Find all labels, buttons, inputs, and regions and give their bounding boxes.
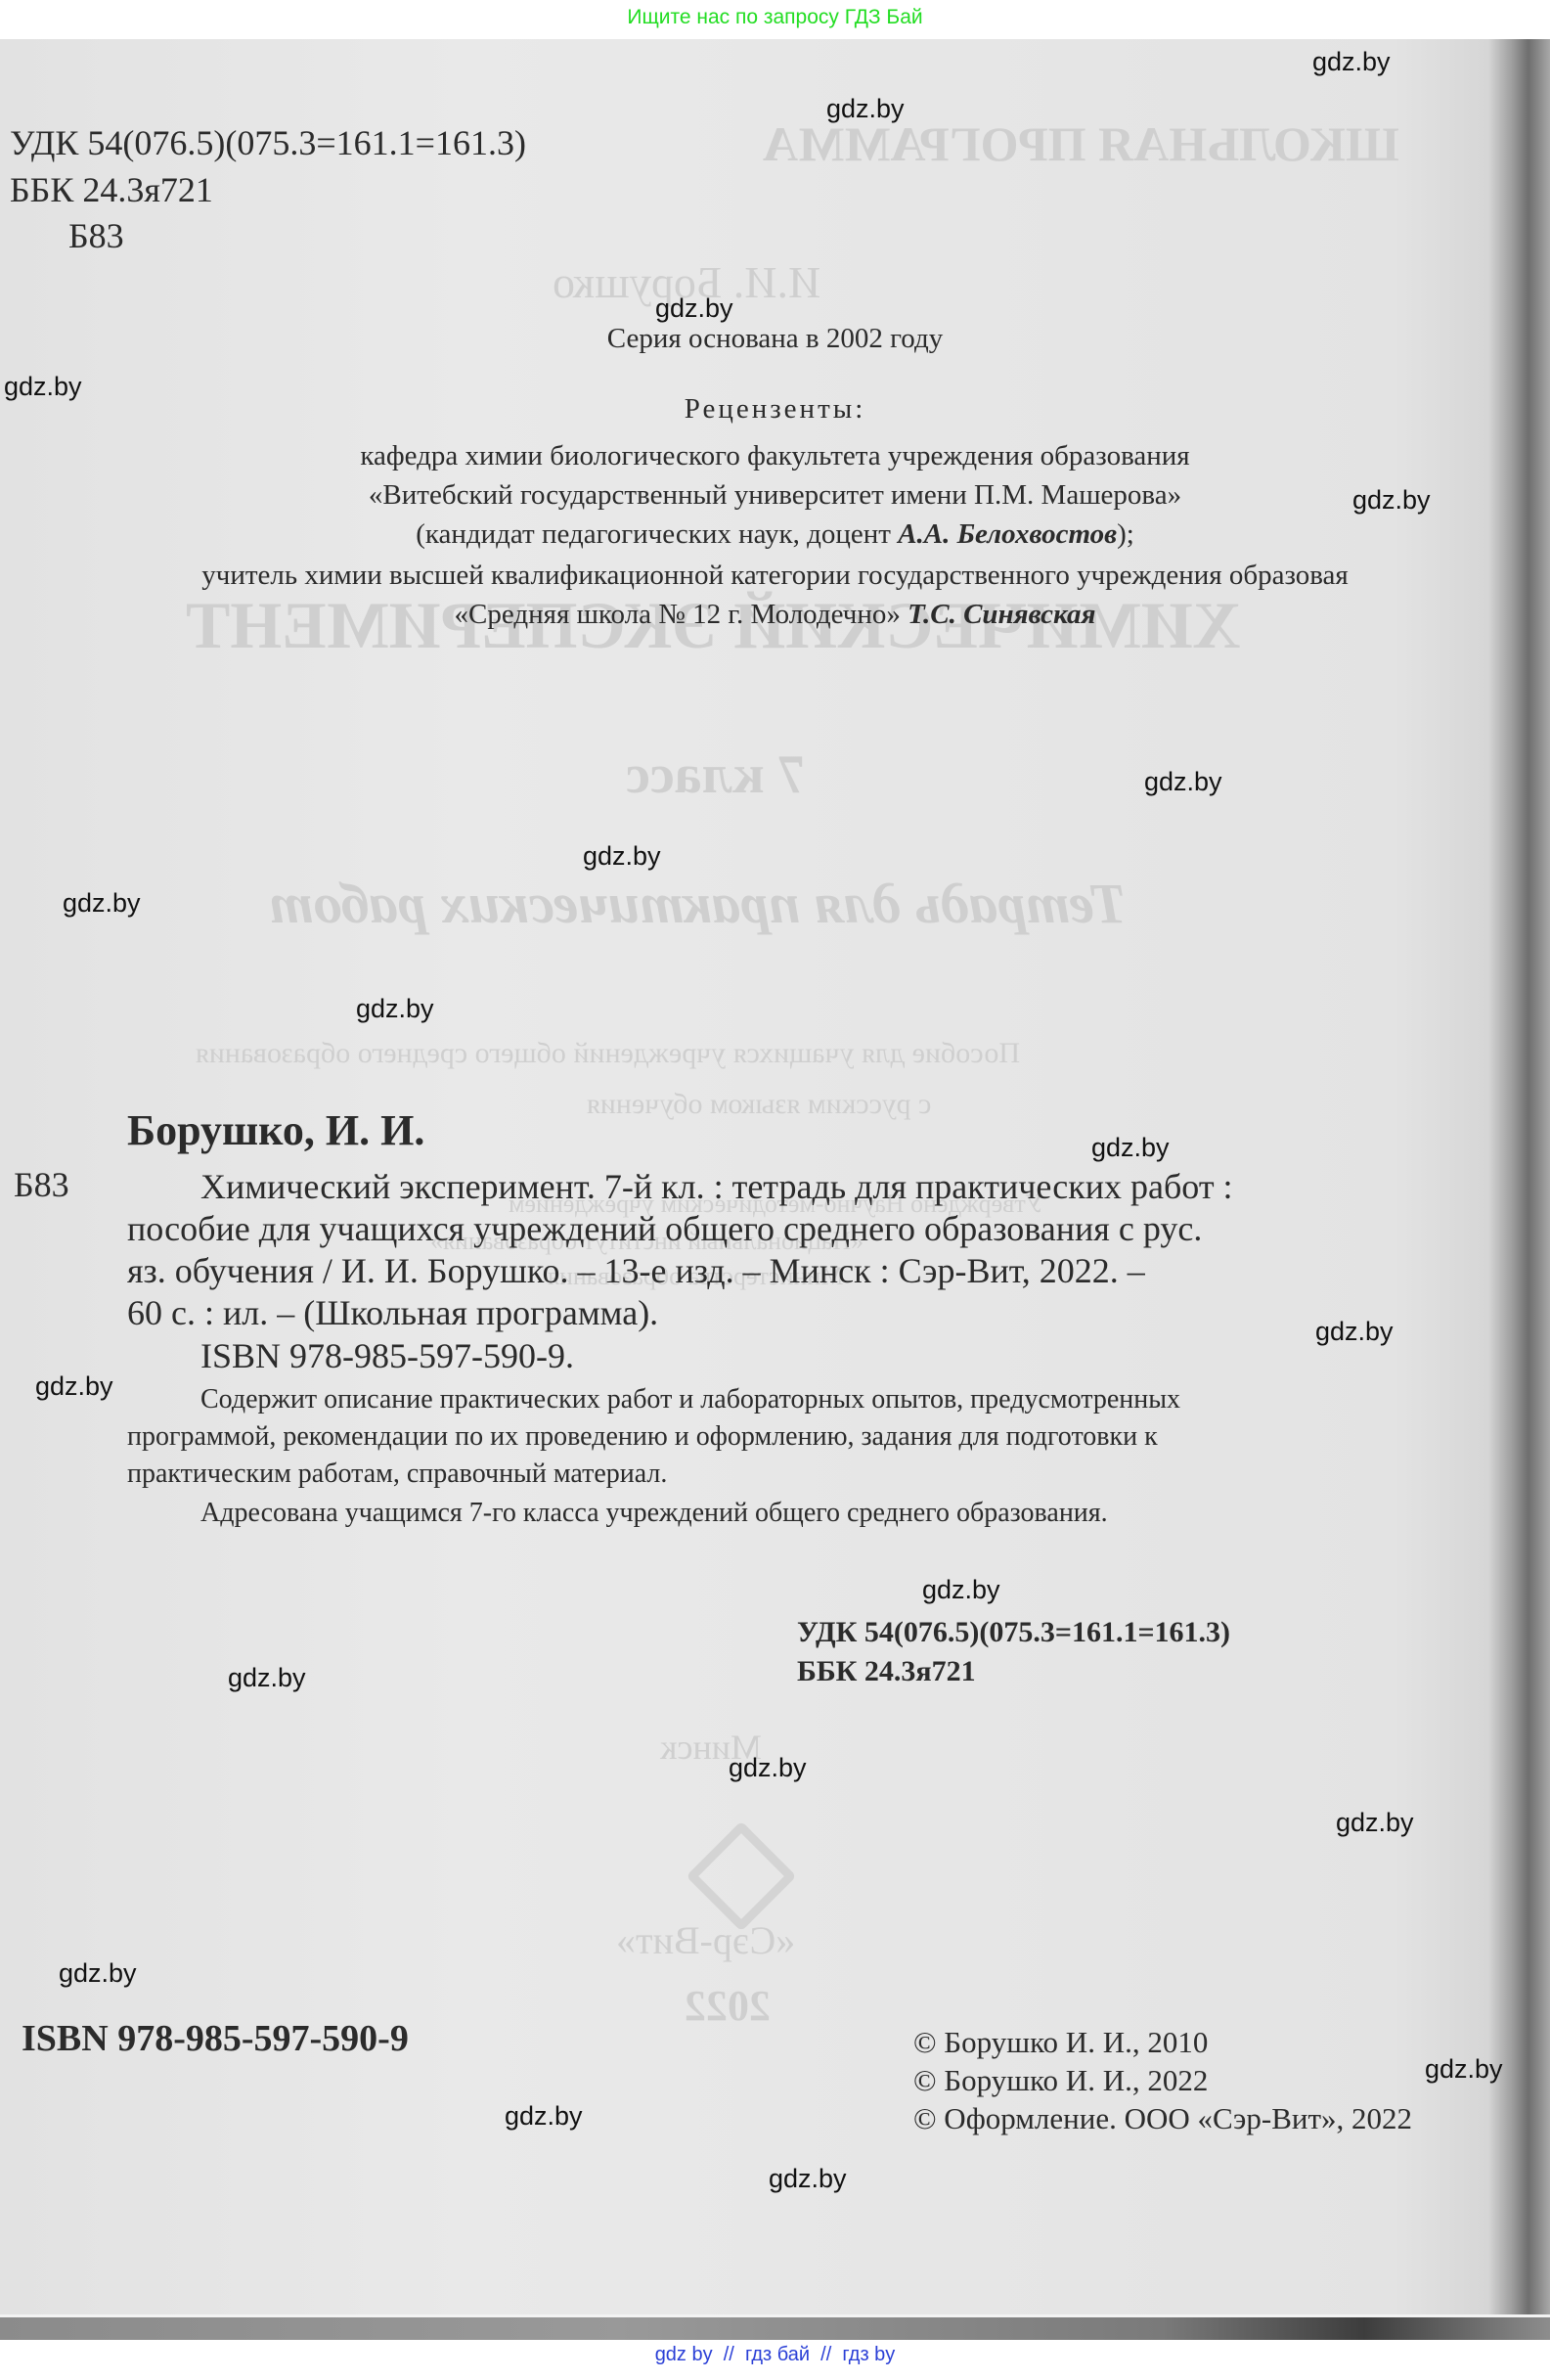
copyright-3: © Оформление. ООО «Сэр-Вит», 2022 bbox=[913, 2101, 1412, 2136]
reviewer-name-2: Т.С. Синявская bbox=[908, 599, 1095, 630]
reviewer-name-1: А.А. Белохвостов bbox=[898, 518, 1117, 550]
watermark: gdz.by bbox=[922, 1575, 1000, 1605]
header-bbk: ББК 24.3я721 bbox=[10, 169, 213, 210]
reviewer-line-3: (кандидат педагогических наук, доцент А.… bbox=[0, 518, 1550, 551]
watermark: gdz.by bbox=[59, 1958, 137, 1989]
publisher-logo-ghost-icon bbox=[686, 1820, 796, 1931]
catalog-annotation-1: Содержит описание практических работ и л… bbox=[200, 1384, 1180, 1415]
watermark: gdz.by bbox=[826, 94, 905, 124]
bottom-links-banner: gdz by // гдз бай // гдз by bbox=[0, 2340, 1550, 2380]
reviewer-line-3-prefix: (кандидат педагогических наук, доцент bbox=[416, 518, 898, 550]
catalog-author-heading: Борушко, И. И. bbox=[127, 1105, 424, 1155]
watermark: gdz.by bbox=[655, 293, 733, 324]
footer-isbn: ISBN 978-985-597-590-9 bbox=[22, 2017, 409, 2060]
reviewer-line-5-prefix: «Средняя школа № 12 г. Молодечно» bbox=[455, 599, 908, 630]
reviewer-line-4: учитель химии высшей квалификационной ка… bbox=[0, 560, 1550, 592]
bottom-links-text[interactable]: gdz by // гдз бай // гдз by bbox=[655, 2344, 896, 2365]
ghost-grade: 7 класс bbox=[626, 743, 805, 806]
catalog-line-3: яз. обучения / И. И. Борушко. – 13-е изд… bbox=[127, 1250, 1145, 1291]
reviewers-title: Рецензенты: bbox=[0, 393, 1550, 426]
catalog-annotation-4: Адресована учащимся 7-го класса учрежден… bbox=[200, 1498, 1108, 1529]
catalog-line-1: Химический эксперимент. 7-й кл. : тетрад… bbox=[200, 1166, 1233, 1207]
watermark: gdz.by bbox=[1425, 2054, 1503, 2085]
watermark: gdz.by bbox=[1312, 47, 1391, 77]
watermark: gdz.by bbox=[1315, 1317, 1394, 1347]
reviewer-line-2: «Витебский государственный университет и… bbox=[0, 479, 1550, 512]
copyright-2: © Борушко И. И., 2022 bbox=[913, 2063, 1208, 2098]
catalog-annotation-2: программой, рекомендации по их проведени… bbox=[127, 1421, 1158, 1453]
scanned-page: ШКОЛЬНАЯ ПРОГРАММА И.И. Борушко ХИМИЧЕСК… bbox=[0, 39, 1550, 2340]
header-author-mark: Б83 bbox=[68, 215, 124, 256]
top-promo-text: Ищите нас по запросу ГДЗ Бай bbox=[627, 6, 922, 28]
ghost-desc-2: с русским языком обучения bbox=[587, 1088, 931, 1121]
watermark: gdz.by bbox=[1336, 1808, 1414, 1838]
watermark: gdz.by bbox=[356, 994, 434, 1024]
catalog-line-2: пособие для учащихся учреждений общего с… bbox=[127, 1208, 1202, 1249]
catalog-annotation-3: практическим работам, справочный материа… bbox=[127, 1459, 667, 1490]
header-udk: УДК 54(076.5)(075.3=161.1=161.3) bbox=[10, 122, 526, 163]
reviewer-line-3-suffix: ); bbox=[1117, 518, 1134, 550]
copyright-1: © Борушко И. И., 2010 bbox=[913, 2025, 1208, 2060]
catalog-line-4: 60 с. : ил. – (Школьная программа). bbox=[127, 1292, 658, 1333]
ghost-subtitle: Тетрадь для практических работ bbox=[269, 871, 1127, 936]
catalog-bbk: ББК 24.3я721 bbox=[797, 1655, 976, 1688]
watermark: gdz.by bbox=[505, 2101, 583, 2132]
catalog-udk: УДК 54(076.5)(075.3=161.1=161.3) bbox=[797, 1616, 1230, 1649]
catalog-isbn: ISBN 978-985-597-590-9. bbox=[200, 1335, 574, 1376]
ghost-desc-1: Пособие для учащихся учреждений общего с… bbox=[196, 1037, 1020, 1070]
watermark: gdz.by bbox=[769, 2164, 847, 2194]
series-note: Серия основана в 2002 году bbox=[0, 323, 1550, 355]
watermark: gdz.by bbox=[729, 1753, 807, 1783]
catalog-author-mark: Б83 bbox=[14, 1164, 69, 1205]
reviewer-line-5: «Средняя школа № 12 г. Молодечно» Т.С. С… bbox=[0, 599, 1550, 631]
watermark: gdz.by bbox=[63, 888, 141, 919]
top-promo-banner: Ищите нас по запросу ГДЗ Бай bbox=[0, 0, 1550, 39]
watermark: gdz.by bbox=[4, 372, 82, 402]
watermark: gdz.by bbox=[1352, 485, 1431, 516]
watermark: gdz.by bbox=[1091, 1133, 1170, 1163]
watermark: gdz.by bbox=[583, 841, 661, 872]
ghost-publisher: «Сэр-Вит» bbox=[616, 1917, 795, 1963]
watermark: gdz.by bbox=[35, 1371, 113, 1402]
reviewer-line-1: кафедра химии биологического факультета … bbox=[0, 440, 1550, 472]
page-bottom-edge bbox=[0, 2314, 1550, 2340]
watermark: gdz.by bbox=[228, 1663, 306, 1693]
ghost-year: 2022 bbox=[685, 1981, 771, 2031]
watermark: gdz.by bbox=[1144, 767, 1222, 797]
